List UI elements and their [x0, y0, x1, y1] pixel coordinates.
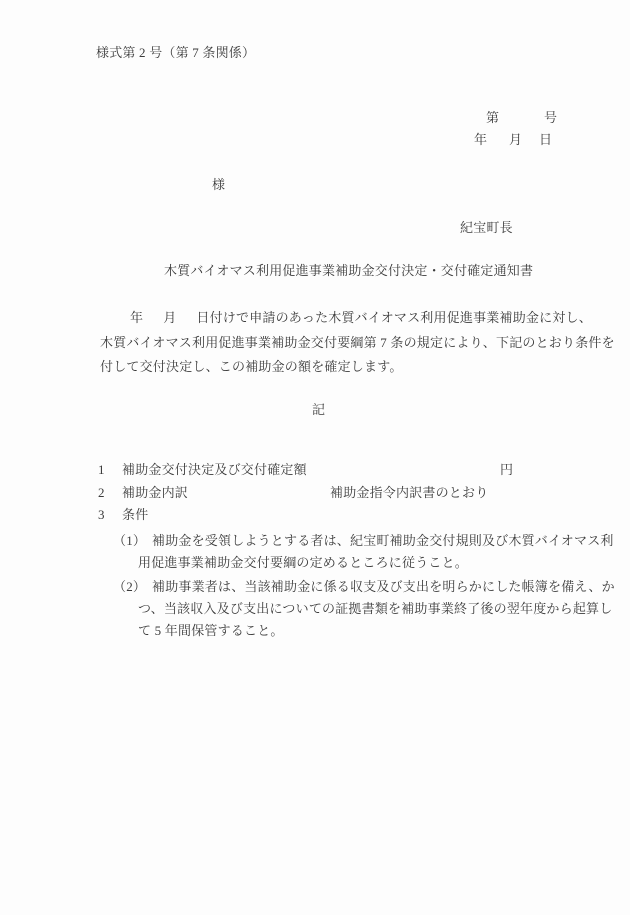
body-year-label: 年 — [130, 310, 143, 326]
sender-title: 紀宝町長 — [460, 220, 513, 236]
condition-2-line-2: つ、当該収入及び支出についての証拠書類を補助事業終了後の翌年度から起算し — [138, 601, 612, 617]
date-year-label: 年 — [474, 132, 487, 148]
form-number-label: 様式第 2 号（第 7 条関係） — [96, 45, 255, 61]
body-line-3: 付して交付決定し、この補助金の額を確定します。 — [100, 359, 403, 375]
item-2-label: 補助金内訳 — [122, 485, 188, 501]
document-title: 木質バイオマス利用促進事業補助金交付決定・交付確定通知書 — [164, 263, 533, 279]
record-heading: 記 — [312, 402, 325, 418]
doc-number-suffix: 号 — [544, 110, 557, 126]
body-line-1: 年 月 日 付けで申請のあった木質バイオマス利用促進事業補助金に対し、 — [130, 310, 592, 326]
item-3-label: 条件 — [122, 507, 148, 523]
condition-1-line-2: 用促進事業補助金交付要綱の定めるところに従うこと。 — [138, 555, 468, 571]
addressee-honorific: 様 — [212, 177, 225, 193]
item-3-number: 3 — [98, 507, 105, 523]
condition-2-number: （2） — [113, 579, 146, 595]
item-2-value: 補助金指令内訳書のとおり — [330, 485, 488, 501]
date-month-label: 月 — [509, 132, 522, 148]
body-day-label: 日 — [196, 310, 209, 326]
date-day-label: 日 — [539, 132, 552, 148]
item-2-number: 2 — [98, 485, 105, 501]
body-line-2: 木質バイオマス利用促進事業補助金交付要綱第 7 条の規定により、下記のとおり条件… — [100, 335, 615, 351]
body-line-1-text: 付けで申請のあった木質バイオマス利用促進事業補助金に対し、 — [210, 310, 592, 326]
condition-1-line-1: 補助金を受領しようとする者は、紀宝町補助金交付規則及び木質バイオマス利 — [152, 533, 614, 549]
condition-2-line-1: 補助事業者は、当該補助金に係る収支及び支出を明らかにした帳簿を備え、か — [152, 579, 615, 595]
item-1-value: 円 — [500, 462, 513, 478]
item-1-label: 補助金交付決定及び交付確定額 — [122, 462, 307, 478]
condition-1-number: （1） — [113, 533, 146, 549]
condition-2-line-3: て 5 年間保管すること。 — [138, 623, 284, 639]
document-page: 様式第 2 号（第 7 条関係） 第 号 年 月 日 様 紀宝町長 木質バイオマ… — [0, 0, 630, 915]
body-month-label: 月 — [163, 310, 176, 326]
doc-number-prefix: 第 — [486, 110, 499, 126]
item-1-number: 1 — [98, 462, 105, 478]
